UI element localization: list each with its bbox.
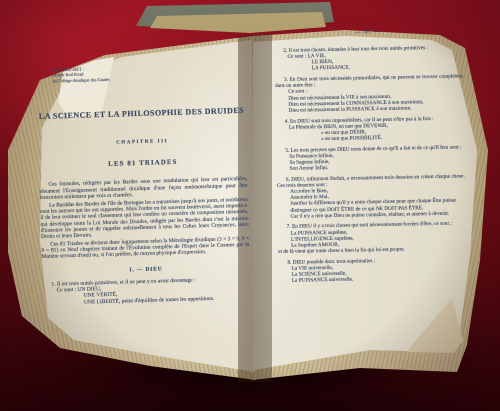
triade-line: » en tant que POSSIBILITÉ.	[321, 133, 464, 142]
body-paragraph: Le Barddas des Bardes de l'Ile de Bretag…	[40, 196, 249, 240]
right-page-content: — 87 — 2. Il est trois choses, émanées à…	[274, 27, 467, 284]
chapter-heading: CHAPITRE III	[38, 137, 246, 148]
left-page-body: Ces formules, rédigées par les Bardes so…	[39, 176, 249, 261]
part-heading: I. — DIEU	[42, 264, 250, 276]
book-photo: Paul BOUCHET : Druide Bod Koad du Collèg…	[0, 0, 500, 411]
body-paragraph: Ces 81 Triades se divisent donc logiquem…	[41, 236, 249, 261]
left-page-content: Paul BOUCHET : Druide Bod Koad du Collèg…	[36, 62, 251, 307]
right-page-body: 2. Il est trois choses, émanées à leur t…	[274, 44, 467, 284]
triade-line: LA PUISSANCE.	[312, 63, 463, 72]
section-heading: LES 81 TRIADES	[39, 157, 247, 170]
book-title: LA SCIENCE ET LA PHILOSOPHIE DES DRUIDES	[37, 106, 245, 121]
